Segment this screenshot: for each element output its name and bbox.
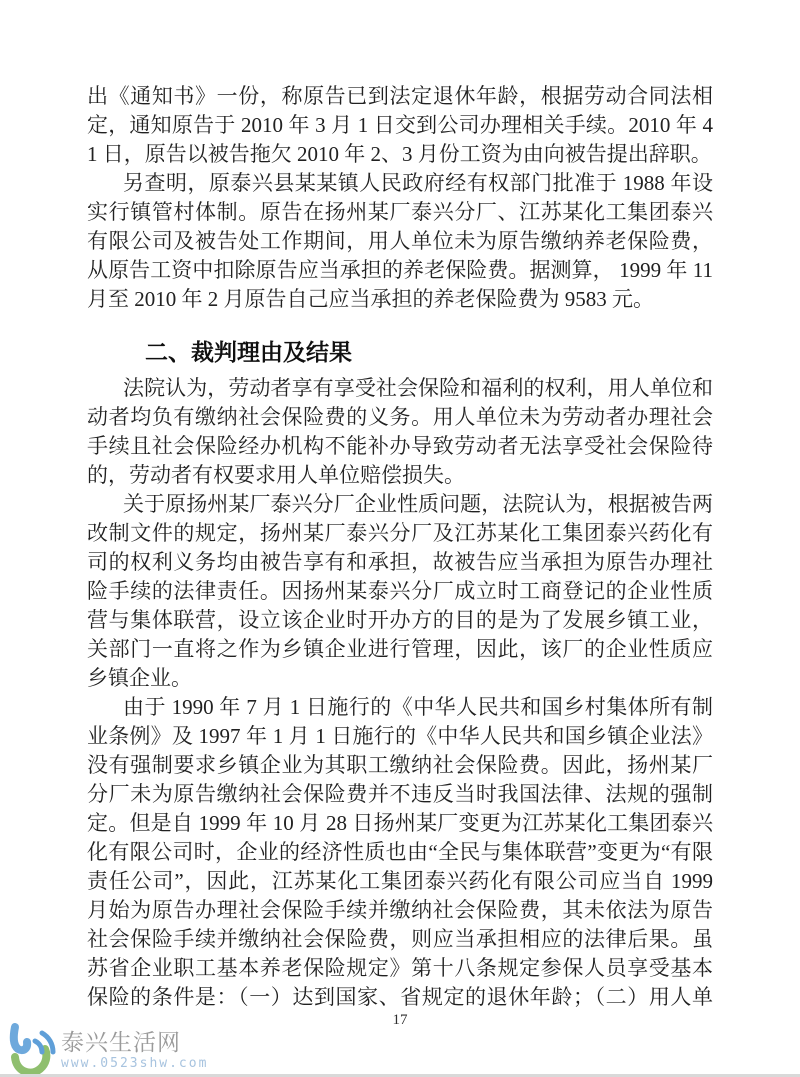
logo-wave-small <box>35 1041 42 1052</box>
text-line: 改制文件的规定，扬州某厂泰兴分厂及江苏某化工集团泰兴药化有限公 <box>87 519 713 548</box>
text-line: 苏省企业职工基本养老保险规定》第十八条规定参保人员享受基本养老 <box>87 954 713 983</box>
text-line: 1 日，原告以被告拖欠 2010 年 2、3 月份工资为由向被告提出辞职。 <box>87 140 713 169</box>
text-line: 手续且社会保险经办机构不能补办导致劳动者无法享受社会保险待遇 <box>87 432 713 461</box>
paragraph: 由于 1990 年 7 月 1 日施行的《中华人民共和国乡村集体所有制企 业条例… <box>87 693 713 1012</box>
text-line: 出《通知书》一份，称原告已到法定退休年龄，根据劳动合同法相关规 <box>87 82 713 111</box>
text-line: 动者均负有缴纳社会保险费的义务。用人单位未为劳动者办理社会保险 <box>87 403 713 432</box>
site-logo-icon <box>6 1021 58 1077</box>
text-line: 月至 2010 年 2 月原告自己应当承担的养老保险费为 9583 元。 <box>87 285 713 314</box>
text-line: 保险的条件是：（一）达到国家、省规定的退休年龄；（二）用人单位和 <box>87 983 713 1012</box>
site-name: 泰兴生活网 <box>61 1030 208 1054</box>
text-line: 业条例》及 1997 年 1 月 1 日施行的《中华人民共和国乡镇企业法》都 <box>87 722 713 751</box>
watermark-text: 泰兴生活网 www.0523shw.com <box>61 1021 208 1071</box>
document-page: 出《通知书》一份，称原告已到法定退休年龄，根据劳动合同法相关规 定，通知原告于 … <box>0 0 800 1077</box>
text-line: 没有强制要求乡镇企业为其职工缴纳社会保险费。因此，扬州某厂泰兴 <box>87 751 713 780</box>
text-line: 定。但是自 1999 年 10 月 28 日扬州某厂变更为江苏某化工集团泰兴药 <box>87 809 713 838</box>
text-line: 营与集体联营，设立该企业时开办方的目的是为了发展乡镇工业，且有 <box>87 606 713 635</box>
section-heading: 二、裁判理由及结果 <box>87 337 713 367</box>
text-line: 乡镇企业。 <box>87 664 713 693</box>
text-line: 实行镇管村体制。原告在扬州某厂泰兴分厂、江苏某化工集团泰兴药化 <box>87 198 713 227</box>
text-line: 司的权利义务均由被告享有和承担，故被告应当承担为原告办理社会保 <box>87 548 713 577</box>
text-line: 另查明，原泰兴县某某镇人民政府经有权部门批准于 1988 年设立， <box>87 169 713 198</box>
text-line: 有限公司及被告处工作期间，用人单位未为原告缴纳养老保险费，亦未 <box>87 227 713 256</box>
text-line: 关于原扬州某厂泰兴分厂企业性质问题，法院认为，根据被告两次 <box>87 490 713 519</box>
text-line: 定，通知原告于 2010 年 3 月 1 日交到公司办理相关手续。2010 年 … <box>87 111 713 140</box>
paragraph: 另查明，原泰兴县某某镇人民政府经有权部门批准于 1988 年设立， 实行镇管村体… <box>87 169 713 314</box>
text-line: 化有限公司时，企业的经济性质也由“全民与集体联营”变更为“有限 <box>87 838 713 867</box>
text-line: 责任公司”，因此，江苏某化工集团泰兴药化有限公司应当自 1999 年 11 <box>87 867 713 896</box>
text-line: 法院认为，劳动者享有享受社会保险和福利的权利，用人单位和劳 <box>87 374 713 403</box>
text-line: 月始为原告办理社会保险手续并缴纳社会保险费，其未依法为原告办理 <box>87 896 713 925</box>
text-line: 社会保险手续并缴纳社会保险费，则应当承担相应的法律后果。虽然《江 <box>87 925 713 954</box>
watermark: 泰兴生活网 www.0523shw.com <box>6 1021 208 1077</box>
document-body: 出《通知书》一份，称原告已到法定退休年龄，根据劳动合同法相关规 定，通知原告于 … <box>87 82 713 1012</box>
paragraph: 关于原扬州某厂泰兴分厂企业性质问题，法院认为，根据被告两次 改制文件的规定，扬州… <box>87 490 713 693</box>
text-line: 关部门一直将之作为乡镇企业进行管理，因此，该厂的企业性质应当为 <box>87 635 713 664</box>
text-line: 从原告工资中扣除原告应当承担的养老保险费。据测算， 1999 年 11 <box>87 256 713 285</box>
text-line: 由于 1990 年 7 月 1 日施行的《中华人民共和国乡村集体所有制企 <box>87 693 713 722</box>
text-line: 的，劳动者有权要求用人单位赔偿损失。 <box>87 461 713 490</box>
text-line: 分厂未为原告缴纳社会保险费并不违反当时我国法律、法规的强制性规 <box>87 780 713 809</box>
paragraph: 出《通知书》一份，称原告已到法定退休年龄，根据劳动合同法相关规 定，通知原告于 … <box>87 82 713 169</box>
paragraph: 法院认为，劳动者享有享受社会保险和福利的权利，用人单位和劳 动者均负有缴纳社会保… <box>87 374 713 490</box>
text-line: 险手续的法律责任。因扬州某泰兴分厂成立时工商登记的企业性质是国 <box>87 577 713 606</box>
site-url: www.0523shw.com <box>61 1057 208 1071</box>
logo-blue-hook <box>14 1027 27 1050</box>
